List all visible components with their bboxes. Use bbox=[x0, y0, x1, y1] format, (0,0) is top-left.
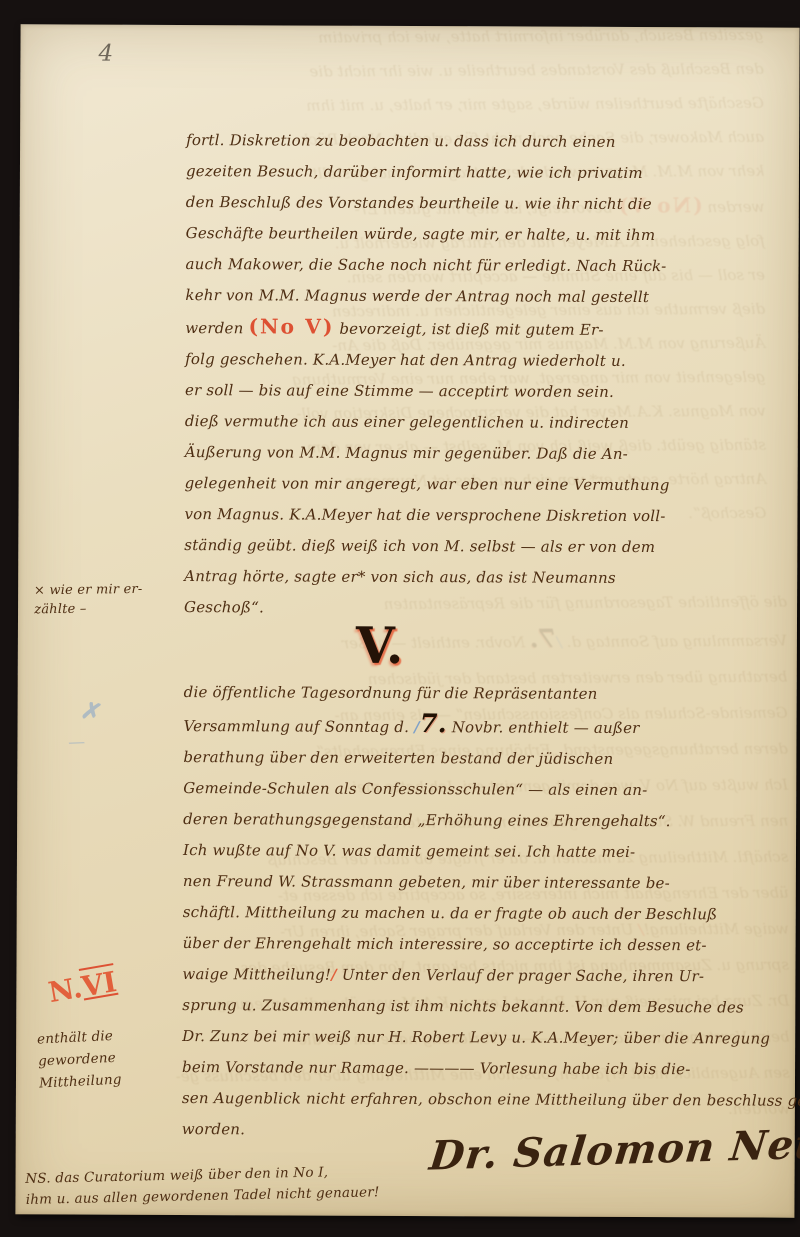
manuscript-line: waige Mittheilung!∕ Unter den Verlauf de… bbox=[182, 959, 800, 993]
corrected-date-seven: 7. bbox=[530, 624, 557, 654]
manuscript-line: er soll — bis auf eine Stimme — acceptir… bbox=[185, 375, 670, 408]
manuscript-line: schäftl. Mittheilung zu machen u. da er … bbox=[183, 897, 800, 931]
body-paragraph-1: fortl. Diskretion zu beobachten u. dass … bbox=[184, 125, 671, 625]
manuscript-line: Versammlung auf Sonntag d. ∕7. Novbr. en… bbox=[183, 708, 800, 745]
blue-pencil-mark: ∕ bbox=[66, 737, 88, 750]
blue-pencil-mark: ✗ bbox=[78, 695, 105, 728]
manuscript-line: Antrag hörte, sagte er* von sich aus, da… bbox=[184, 561, 669, 594]
manuscript-line: Geschäfte beurtheilen würde, sagte mir, … bbox=[186, 218, 671, 251]
manuscript-line: beim Vorstande nur Ramage. ———— Vorlesun… bbox=[182, 1052, 800, 1086]
manuscript-line: werden (No V) bevorzeigt, ist dieß mit g… bbox=[185, 311, 670, 346]
manuscript-line: Versammlung auf Sonntag d. ∕7. Novbr. en… bbox=[173, 620, 787, 663]
manuscript-line: dieß vermuthe ich aus einer gelegentlich… bbox=[185, 406, 670, 439]
manuscript-line: den Beschluß des Vorstandes beurtheile u… bbox=[186, 187, 671, 220]
manuscript-line: gezeiten Besuch, darüber informirt hatte… bbox=[290, 24, 764, 55]
manuscript-line: gezeiten Besuch, darüber informirt hatte… bbox=[186, 156, 671, 189]
manuscript-line: sprung u. Zusammenhang ist ihm nichts be… bbox=[182, 990, 800, 1024]
manuscript-line: Dr. Zunz bei mir weiß nur H. Robert Levy… bbox=[182, 1021, 800, 1055]
manuscript-line: gelegenheit von mir angeregt, war eben n… bbox=[185, 468, 670, 501]
manuscript-line: den Beschluß des Vorstandes beurtheile u… bbox=[290, 52, 764, 89]
red-margin-label-nvi: N.VI bbox=[46, 967, 118, 1008]
manuscript-line: deren berathungsgegenstand „Erhöhung ein… bbox=[183, 804, 800, 838]
section-heading-v: V. bbox=[356, 616, 404, 675]
page-number: 4 bbox=[98, 41, 113, 67]
manuscript-line: Gemeinde-Schulen als Confessionsschulen“… bbox=[183, 773, 800, 807]
postscript-note: NS. das Curatorium weiß über den in No I… bbox=[25, 1161, 380, 1211]
blue-pencil-stroke: ∕ bbox=[556, 633, 562, 651]
scanner-background: { "document": { "page_number": "4", "col… bbox=[0, 0, 800, 1237]
manuscript-line: fortl. Diskretion zu beobachten u. dass … bbox=[186, 125, 671, 158]
manuscript-line: Geschoß“. bbox=[184, 592, 669, 625]
manuscript-line: folg geschehen. K.A.Meyer hat den Antrag… bbox=[185, 344, 670, 377]
manuscript-line: Äußerung von M.M. Magnus mir gegenüber. … bbox=[185, 437, 670, 470]
manuscript-line: sen Augenblick nicht erfahren, obschon e… bbox=[182, 1083, 800, 1117]
manuscript-line: von Magnus. K.A.Meyer hat die versproche… bbox=[184, 499, 669, 532]
manuscript-line: die öffentliche Tagesordnung für die Rep… bbox=[184, 677, 800, 711]
manuscript-line: kehr von M.M. Magnus werde der Antrag no… bbox=[185, 280, 670, 313]
manuscript-line: Geschäfte beurtheilen würde, sagte mir, … bbox=[290, 86, 764, 123]
margin-note-footnote: × wie er mir er-zählte – bbox=[34, 580, 143, 619]
manuscript-line: nen Freund W. Strassmann gebeten, mir üb… bbox=[183, 866, 800, 900]
margin-note-contents: enthält diegewordeneMittheilung bbox=[37, 1025, 123, 1095]
manuscript-line: Ich wußte auf No V. was damit gemeint se… bbox=[183, 835, 800, 869]
red-label-vi: VI bbox=[79, 965, 119, 1003]
manuscript-line: auch Makower, die Sache noch nicht für e… bbox=[185, 249, 670, 282]
manuscript-line: N.VI bbox=[46, 967, 118, 1008]
corrected-date-seven: 7. bbox=[420, 709, 447, 739]
manuscript-line: ständig geübt. dieß weiß ich von M. selb… bbox=[184, 530, 669, 563]
red-annotation-no-v: (No V) bbox=[248, 314, 334, 338]
body-paragraph-2: die öffentliche Tagesordnung für die Rep… bbox=[182, 677, 800, 1148]
signature: Dr. Salomon Neumann. bbox=[427, 1121, 800, 1179]
manuscript-line: berathung über den erweiterten bestand d… bbox=[183, 742, 800, 776]
manuscript-line: über der Ehrengehalt mich interessire, s… bbox=[183, 928, 800, 962]
manuscript-page: fortl. Diskretion zu beobachten u. dass … bbox=[15, 24, 799, 1217]
manuscript-line: zählte – bbox=[34, 599, 143, 619]
manuscript-line: × wie er mir er- bbox=[34, 580, 143, 600]
manuscript-line: Mittheilung bbox=[39, 1069, 123, 1095]
